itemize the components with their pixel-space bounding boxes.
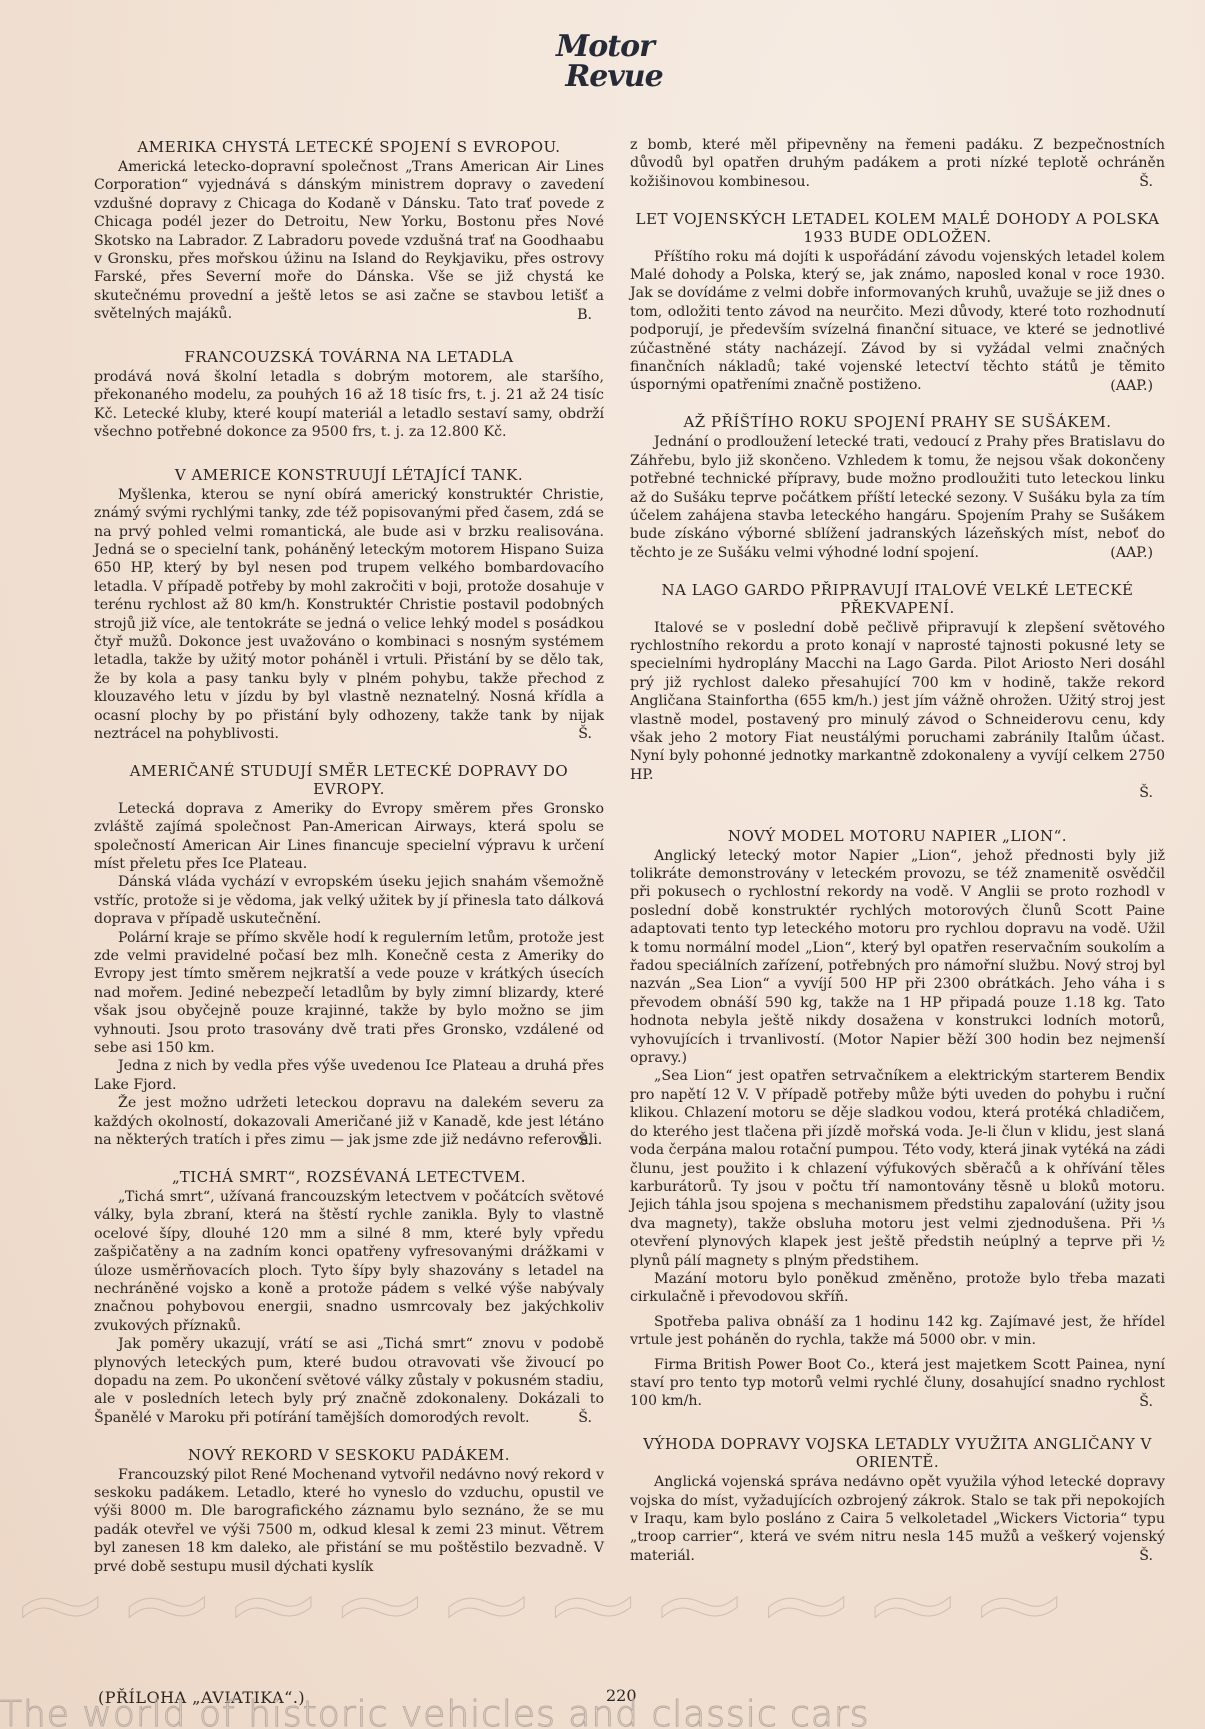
right-column: z bomb, které měl připevněny na řemeni p…: [630, 136, 1165, 1584]
article: NOVÝ REKORD V SESKOKU PADÁKEM. Francouzs…: [94, 1446, 604, 1576]
article-headline: NOVÝ MODEL MOTORU NAPIER „LION“.: [630, 827, 1165, 845]
article-paragraph: Že jest možno udržeti leteckou dopravu n…: [94, 1094, 604, 1149]
article-paragraph: Jak poměry ukazují, vrátí se asi „Tichá …: [94, 1335, 604, 1427]
article-paragraph: Spotřeba paliva obnáší za 1 hodinu 142 k…: [630, 1313, 1165, 1350]
article-headline: AŽ PŘÍŠTÍHO ROKU SPOJENÍ PRAHY SE SUŠÁKE…: [630, 413, 1165, 431]
masthead-line2: Revue: [563, 62, 665, 92]
article: AMERIKA CHYSTÁ LETECKÉ SPOJENÍ S EVROPOU…: [94, 138, 604, 324]
article-paragraph: „Tichá smrt“, užívaná francouzským letec…: [94, 1188, 604, 1335]
article-paragraph: Anglický letecký motor Napier „Lion“, je…: [630, 847, 1165, 1068]
article-paragraph: Americká letecko-dopravní společnost „Tr…: [94, 158, 604, 324]
article-paragraph: Jednání o prodloužení letecké trati, ved…: [630, 433, 1165, 562]
article-paragraph: Francouzský pilot René Mochenand vytvoři…: [94, 1466, 604, 1576]
article-paragraph: „Sea Lion“ jest opatřen setrvačníkem a e…: [630, 1067, 1165, 1269]
article: LET VOJENSKÝCH LETADEL KOLEM MALÉ DOHODY…: [630, 210, 1165, 396]
article: V AMERICE KONSTRUUJÍ LÉTAJÍCÍ TANK. Myšl…: [94, 466, 604, 744]
article: NA LAGO GARDO PŘIPRAVUJÍ ITALOVÉ VELKÉ L…: [630, 581, 1165, 803]
masthead-logo: Motor Revue: [545, 32, 665, 92]
watermark-tagline: The world of historic vehicles and class…: [0, 1694, 869, 1729]
article-headline: NA LAGO GARDO PŘIPRAVUJÍ ITALOVÉ VELKÉ L…: [630, 581, 1165, 617]
article-paragraph: prodává nová školní letadla s dobrým mot…: [94, 368, 604, 442]
article-signature: Š.: [630, 1547, 1165, 1565]
article-paragraph: Dánská vláda vychází v evropském úseku j…: [94, 873, 604, 928]
article-headline: V AMERICE KONSTRUUJÍ LÉTAJÍCÍ TANK.: [94, 466, 604, 484]
article-signature: Š.: [630, 1393, 1165, 1411]
article-headline: LET VOJENSKÝCH LETADEL KOLEM MALÉ DOHODY…: [630, 210, 1165, 246]
article-paragraph: Polární kraje se přímo skvěle hodí k reg…: [94, 929, 604, 1058]
article-paragraph: Myšlenka, kterou se nyní obírá americký …: [94, 486, 604, 744]
article: AŽ PŘÍŠTÍHO ROKU SPOJENÍ PRAHY SE SUŠÁKE…: [630, 413, 1165, 562]
article: „TICHÁ SMRT“, ROZSÉVANÁ LETECTVEM. „Tich…: [94, 1168, 604, 1428]
article: AMERIČANÉ STUDUJÍ SMĚR LETECKÉ DOPRAVY D…: [94, 762, 604, 1150]
article: FRANCOUZSKÁ TOVÁRNA NA LETADLA prodává n…: [94, 348, 604, 442]
article-continuation: z bomb, které měl připevněny na řemeni p…: [630, 136, 1165, 192]
article-paragraph: Italové se v poslední době pečlivě připr…: [630, 619, 1165, 785]
article-paragraph: Příštího roku má dojíti k uspořádání záv…: [630, 248, 1165, 395]
masthead-line1: Motor: [545, 32, 665, 62]
article: VÝHODA DOPRAVY VOJSKA LETADLY VYUŽITA AN…: [630, 1435, 1165, 1565]
article-paragraph: Letecká doprava z Ameriky do Evropy směr…: [94, 800, 604, 874]
article: NOVÝ MODEL MOTORU NAPIER „LION“. Anglick…: [630, 827, 1165, 1412]
article-headline: „TICHÁ SMRT“, ROZSÉVANÁ LETECTVEM.: [94, 1168, 604, 1186]
article-signature: Š.: [630, 784, 1165, 802]
article-headline: AMERIČANÉ STUDUJÍ SMĚR LETECKÉ DOPRAVY D…: [94, 762, 604, 798]
article-headline: AMERIKA CHYSTÁ LETECKÉ SPOJENÍ S EVROPOU…: [94, 138, 604, 156]
article-paragraph: Jedna z nich by vedla přes výše uvedenou…: [94, 1057, 604, 1094]
article-headline: VÝHODA DOPRAVY VOJSKA LETADLY VYUŽITA AN…: [630, 1435, 1165, 1471]
left-column: AMERIKA CHYSTÁ LETECKÉ SPOJENÍ S EVROPOU…: [94, 138, 604, 1594]
article-headline: NOVÝ REKORD V SESKOKU PADÁKEM.: [94, 1446, 604, 1464]
article-paragraph: Mazání motoru bylo poněkud změněno, prot…: [630, 1270, 1165, 1307]
article-headline: FRANCOUZSKÁ TOVÁRNA NA LETADLA: [94, 348, 604, 366]
